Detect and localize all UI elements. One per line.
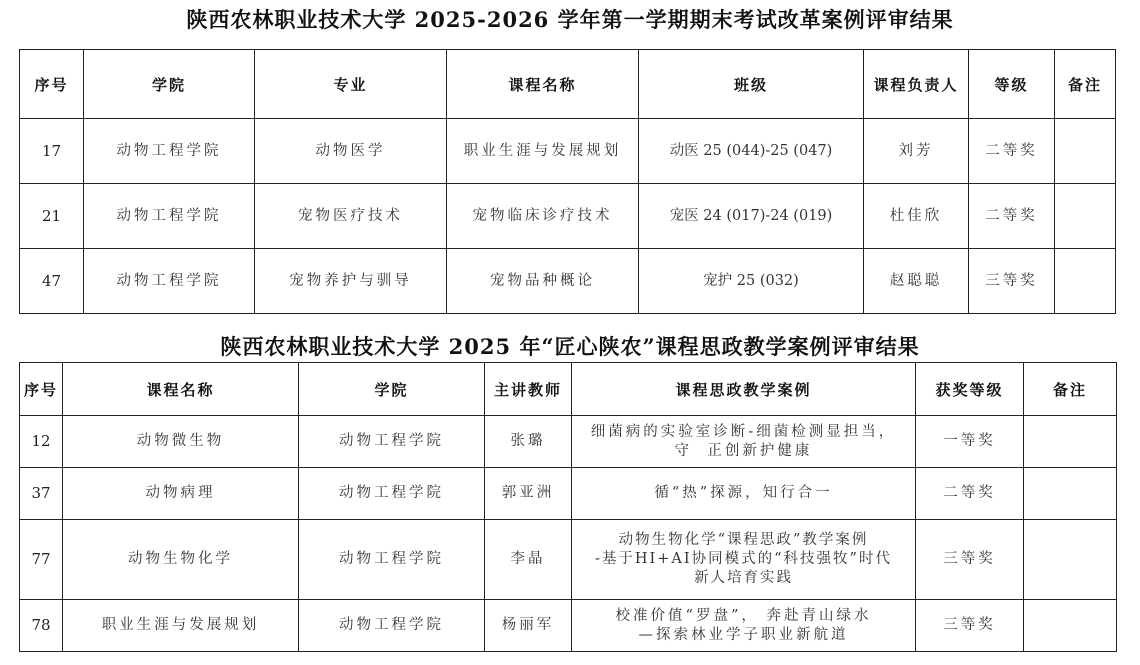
header-no: 序号 — [20, 363, 63, 416]
table-row: 17 动物工程学院 动物医学 职业生涯与发展规划 动医 25 (044)-25 … — [20, 119, 1116, 184]
cell-no: 47 — [20, 249, 84, 314]
case-line: -基于HI+AI协同模式的“科技强牧”时代 — [572, 550, 915, 569]
cell-no: 37 — [20, 468, 63, 520]
header-teacher: 主讲教师 — [485, 363, 572, 416]
table-header-row: 序号 课程名称 学院 主讲教师 课程思政教学案例 获奖等级 备注 — [20, 363, 1117, 416]
cell-college: 动物工程学院 — [84, 184, 255, 249]
header-course: 课程名称 — [63, 363, 299, 416]
header-case: 课程思政教学案例 — [572, 363, 916, 416]
table-row: 37 动物病理 动物工程学院 郭亚洲 循“热”探源，知行合一 二等奖 — [20, 468, 1117, 520]
cell-college: 动物工程学院 — [299, 520, 485, 600]
case-line: 校准价值“罗盘”， 奔赴青山绿水 — [572, 607, 915, 626]
case-line: —探索林业学子职业新航道 — [572, 626, 915, 645]
header-college: 学院 — [84, 50, 255, 119]
table-row: 77 动物生物化学 动物工程学院 李晶 动物生物化学“课程思政”教学案例 -基于… — [20, 520, 1117, 600]
cell-class: 宠医 24 (017)-24 (019) — [639, 184, 864, 249]
ideological-teaching-results-title: 陕西农林职业技术大学 2025 年“匠心陕农”课程思政教学案例评审结果 — [0, 331, 1140, 361]
table-row: 78 职业生涯与发展规划 动物工程学院 杨丽军 校准价值“罗盘”， 奔赴青山绿水… — [20, 600, 1117, 652]
cell-grade: 三等奖 — [916, 520, 1024, 600]
cell-grade: 二等奖 — [969, 184, 1055, 249]
cell-course: 动物病理 — [63, 468, 299, 520]
cell-grade: 二等奖 — [916, 468, 1024, 520]
ideological-teaching-results-table: 序号 课程名称 学院 主讲教师 课程思政教学案例 获奖等级 备注 12 动物微生… — [19, 362, 1117, 652]
cell-grade: 三等奖 — [916, 600, 1024, 652]
cell-college: 动物工程学院 — [84, 249, 255, 314]
cell-college: 动物工程学院 — [299, 468, 485, 520]
cell-course: 职业生涯与发展规划 — [447, 119, 639, 184]
header-grade: 获奖等级 — [916, 363, 1024, 416]
cell-note — [1024, 416, 1117, 468]
case-line: 新人培育实践 — [572, 569, 915, 588]
cell-no: 77 — [20, 520, 63, 600]
cell-course: 动物生物化学 — [63, 520, 299, 600]
exam-reform-results-table: 序号 学院 专业 课程名称 班级 课程负责人 等级 备注 17 动物工程学院 动… — [19, 49, 1116, 314]
header-note: 备注 — [1024, 363, 1117, 416]
cell-note — [1024, 468, 1117, 520]
header-no: 序号 — [20, 50, 84, 119]
cell-note — [1055, 119, 1116, 184]
case-line: 细菌病的实验室诊断-细菌检测显担当， — [572, 423, 915, 442]
cell-teacher: 张璐 — [485, 416, 572, 468]
table-row: 12 动物微生物 动物工程学院 张璐 细菌病的实验室诊断-细菌检测显担当， 守 … — [20, 416, 1117, 468]
cell-course: 宠物临床诊疗技术 — [447, 184, 639, 249]
header-grade: 等级 — [969, 50, 1055, 119]
cell-class: 宠护 25 (032) — [639, 249, 864, 314]
header-leader: 课程负责人 — [864, 50, 969, 119]
cell-college: 动物工程学院 — [299, 600, 485, 652]
cell-case: 动物生物化学“课程思政”教学案例 -基于HI+AI协同模式的“科技强牧”时代 新… — [572, 520, 916, 600]
cell-college: 动物工程学院 — [299, 416, 485, 468]
cell-course: 宠物品种概论 — [447, 249, 639, 314]
cell-major: 动物医学 — [255, 119, 447, 184]
cell-leader: 杜佳欣 — [864, 184, 969, 249]
cell-grade: 三等奖 — [969, 249, 1055, 314]
cell-case: 校准价值“罗盘”， 奔赴青山绿水 —探索林业学子职业新航道 — [572, 600, 916, 652]
table-row: 47 动物工程学院 宠物养护与驯导 宠物品种概论 宠护 25 (032) 赵聪聪… — [20, 249, 1116, 314]
cell-college: 动物工程学院 — [84, 119, 255, 184]
case-line: 动物生物化学“课程思政”教学案例 — [572, 531, 915, 550]
cell-no: 12 — [20, 416, 63, 468]
cell-course: 动物微生物 — [63, 416, 299, 468]
cell-teacher: 杨丽军 — [485, 600, 572, 652]
cell-grade: 一等奖 — [916, 416, 1024, 468]
exam-reform-results-title: 陕西农林职业技术大学 2025-2026 学年第一学期期末考试改革案例评审结果 — [0, 4, 1140, 34]
cell-note — [1024, 520, 1117, 600]
cell-note — [1024, 600, 1117, 652]
table-header-row: 序号 学院 专业 课程名称 班级 课程负责人 等级 备注 — [20, 50, 1116, 119]
table-row: 21 动物工程学院 宠物医疗技术 宠物临床诊疗技术 宠医 24 (017)-24… — [20, 184, 1116, 249]
cell-no: 78 — [20, 600, 63, 652]
cell-leader: 刘芳 — [864, 119, 969, 184]
cell-course: 职业生涯与发展规划 — [63, 600, 299, 652]
header-note: 备注 — [1055, 50, 1116, 119]
header-course: 课程名称 — [447, 50, 639, 119]
cell-note — [1055, 249, 1116, 314]
header-class: 班级 — [639, 50, 864, 119]
cell-case: 循“热”探源，知行合一 — [572, 468, 916, 520]
header-major: 专业 — [255, 50, 447, 119]
header-college: 学院 — [299, 363, 485, 416]
cell-teacher: 郭亚洲 — [485, 468, 572, 520]
cell-major: 宠物医疗技术 — [255, 184, 447, 249]
cell-no: 17 — [20, 119, 84, 184]
cell-note — [1055, 184, 1116, 249]
cell-case: 细菌病的实验室诊断-细菌检测显担当， 守 正创新护健康 — [572, 416, 916, 468]
case-line: 循“热”探源，知行合一 — [572, 484, 915, 503]
cell-class: 动医 25 (044)-25 (047) — [639, 119, 864, 184]
cell-major: 宠物养护与驯导 — [255, 249, 447, 314]
case-line: 守 正创新护健康 — [572, 442, 915, 461]
cell-grade: 二等奖 — [969, 119, 1055, 184]
cell-leader: 赵聪聪 — [864, 249, 969, 314]
cell-teacher: 李晶 — [485, 520, 572, 600]
cell-no: 21 — [20, 184, 84, 249]
